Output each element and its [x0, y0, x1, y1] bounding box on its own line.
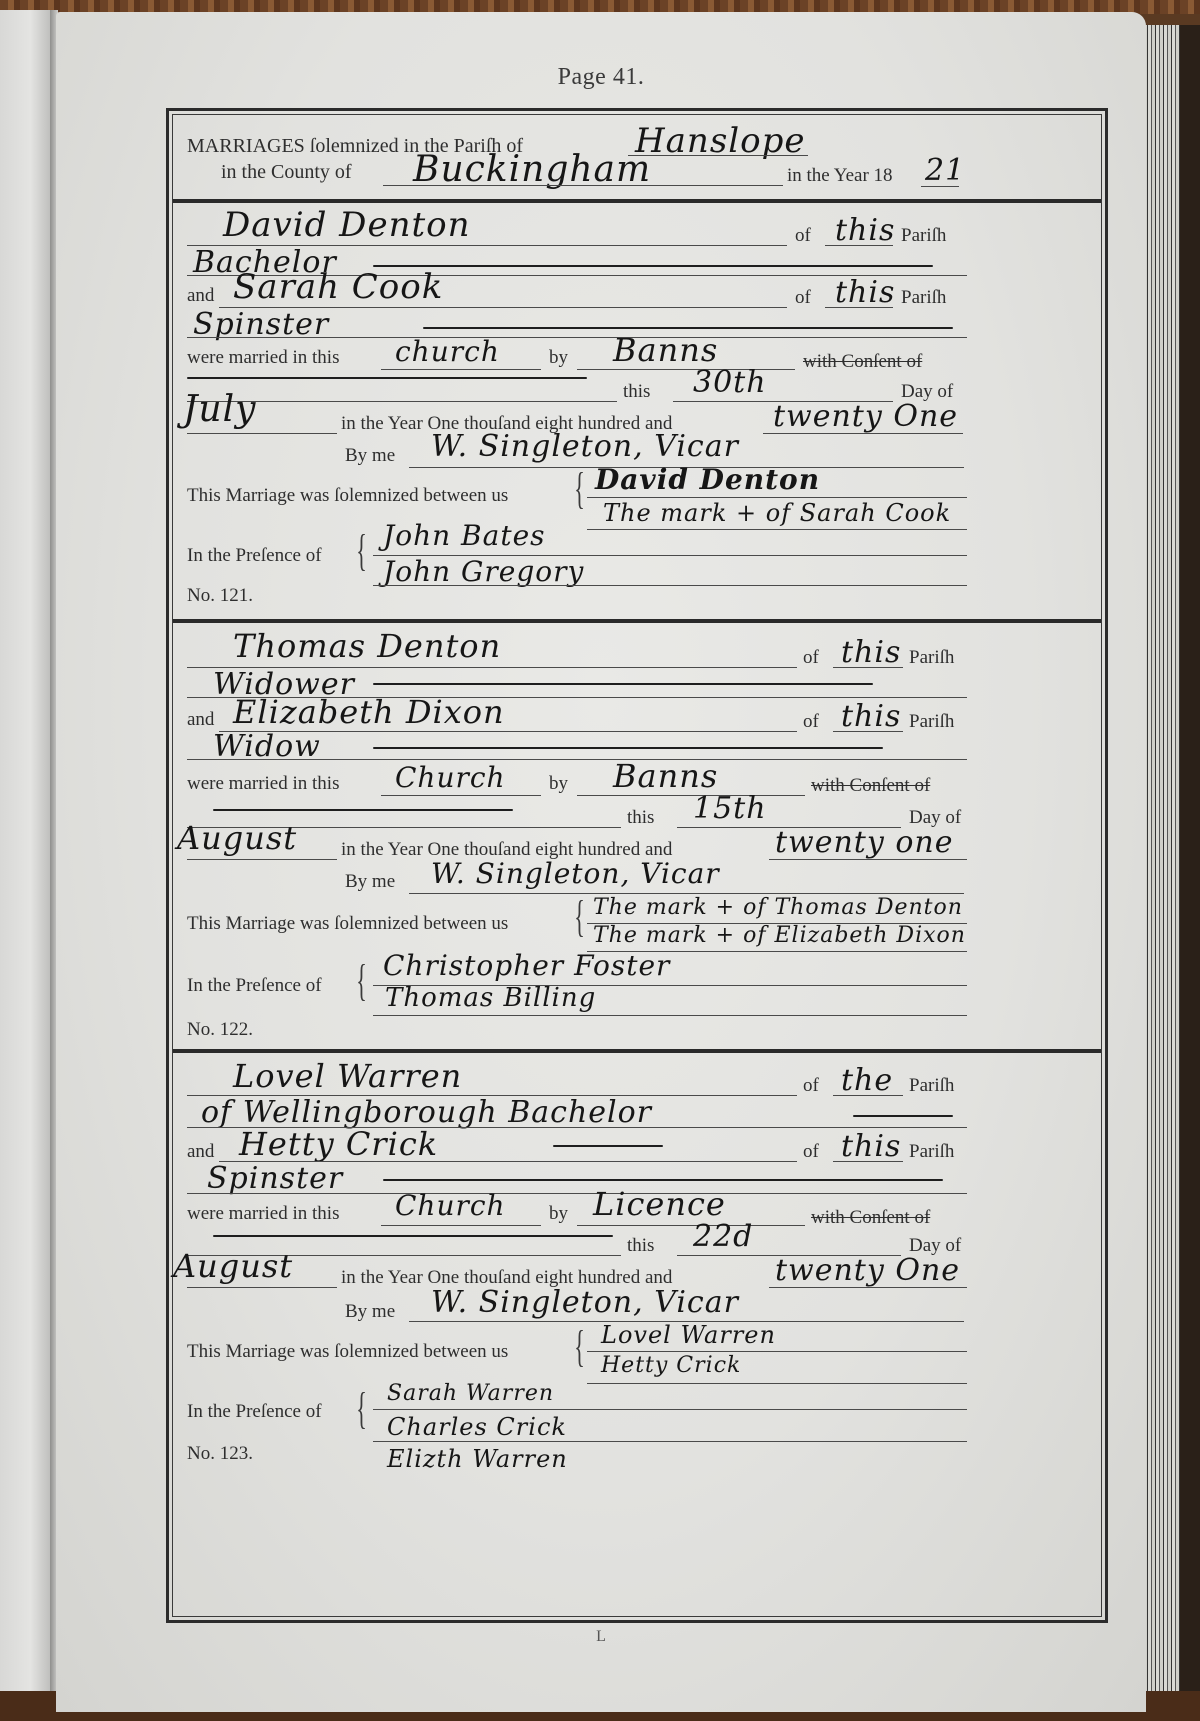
marriage-day: 15th — [693, 791, 767, 826]
bride-name: Elizabeth Dixon — [233, 693, 505, 731]
marriage-day: 22d — [693, 1219, 753, 1254]
book-cover-edge — [1180, 25, 1200, 1715]
marriage-year-words: twenty One — [775, 1253, 960, 1288]
brace: { — [574, 1325, 585, 1369]
county-name: Buckingham — [413, 149, 651, 190]
marriage-month: August — [177, 819, 297, 857]
couple-signature-1: David Denton — [595, 463, 820, 496]
marriage-day: 30th — [693, 365, 767, 400]
groom-of: this — [841, 635, 901, 670]
bride-of: this — [841, 699, 901, 734]
brace: { — [356, 959, 367, 1003]
with-consent-struck: with Conſent of — [803, 351, 922, 373]
marriage-month: August — [173, 1247, 293, 1285]
groom-of: the — [841, 1063, 893, 1098]
witness-2: John Gregory — [383, 555, 584, 588]
register-page: Page 41. MARRIAGES ſolemnized in the Par… — [56, 12, 1146, 1712]
marriage-month: July — [183, 389, 256, 430]
entry-number: No. 122. — [187, 1019, 253, 1041]
couple-signature-2: The mark + of Sarah Cook — [603, 499, 951, 527]
bride-of: this — [835, 275, 895, 310]
brace: { — [574, 467, 585, 511]
year-label: in the Year 18 — [787, 165, 893, 187]
bride-name: Sarah Cook — [233, 267, 443, 307]
officiant-name: W. Singleton, Vicar — [431, 1285, 739, 1320]
couple-signature-2: The mark + of Elizabeth Dixon — [593, 923, 966, 948]
witness-3: Elizth Warren — [387, 1445, 568, 1473]
witness-2: Charles Crick — [387, 1413, 567, 1441]
bride-name: Hetty Crick — [239, 1125, 438, 1163]
marriage-by: Licence — [593, 1185, 726, 1223]
with-consent-struck: with Conſent of — [811, 775, 930, 797]
brace: { — [356, 529, 367, 573]
marriage-place: church — [395, 335, 500, 368]
marriage-register-frame: MARRIAGES ſolemnized in the Pariſh of Ha… — [166, 108, 1108, 1623]
brace: { — [356, 1387, 367, 1431]
year-suffix: 21 — [925, 153, 965, 188]
witness-1: John Bates — [383, 519, 546, 552]
couple-signature-1: Lovel Warren — [601, 1321, 776, 1349]
witness-1: Sarah Warren — [387, 1381, 554, 1406]
printer-signature-mark: L — [56, 1628, 1146, 1646]
officiant-name: W. Singleton, Vicar — [431, 857, 720, 890]
marriage-by: Banns — [613, 331, 718, 369]
bride-of: this — [841, 1129, 901, 1164]
officiant-name: W. Singleton, Vicar — [431, 429, 739, 464]
marriage-by: Banns — [613, 757, 718, 795]
marriage-place: Church — [395, 1189, 506, 1222]
groom-name: Thomas Denton — [233, 627, 501, 665]
facing-page — [0, 10, 52, 1710]
witness-2: Thomas Billing — [385, 983, 596, 1013]
couple-signature-1: The mark + of Thomas Denton — [593, 895, 963, 920]
groom-name: David Denton — [223, 205, 471, 245]
brace: { — [574, 895, 585, 939]
bride-status: Spinster — [207, 1161, 343, 1196]
couple-signature-2: Hetty Crick — [601, 1353, 741, 1378]
marriage-place: Church — [395, 761, 506, 794]
groom-of: this — [835, 213, 895, 248]
with-consent-struck: with Conſent of — [811, 1207, 930, 1229]
witness-1: Christopher Foster — [383, 949, 670, 982]
entry-number: No. 123. — [187, 1443, 253, 1465]
marriage-year-words: twenty One — [773, 399, 958, 434]
page-number: Page 41. — [56, 64, 1146, 91]
groom-name: Lovel Warren — [233, 1057, 462, 1095]
entry-number: No. 121. — [187, 585, 253, 607]
county-label: in the County of — [221, 161, 352, 184]
marriage-year-words: twenty one — [775, 825, 954, 860]
